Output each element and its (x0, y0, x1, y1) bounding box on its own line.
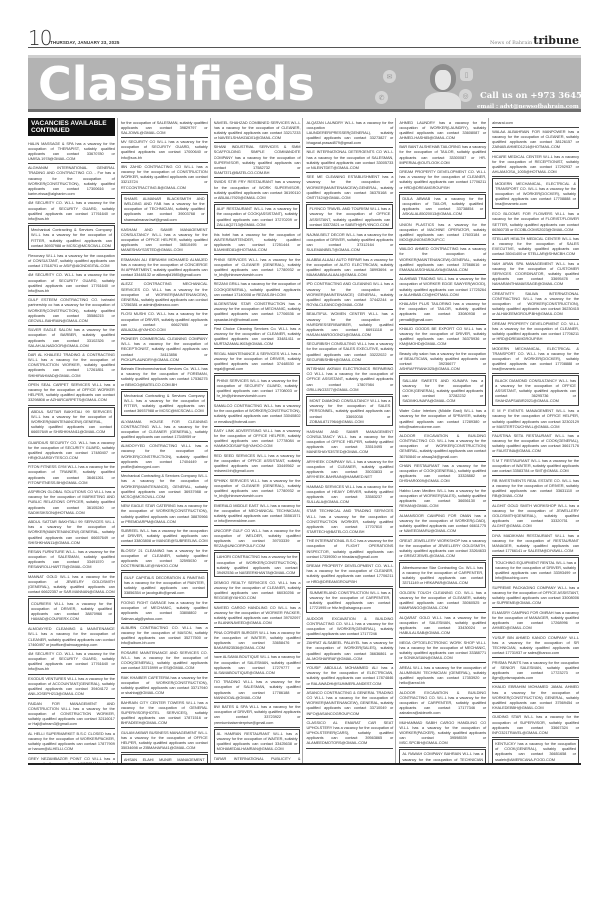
classified-ad: ALGHANIM INTERNATIONAL GENERAL TRADING A… (28, 164, 115, 199)
classified-ad: DIJLA ABWAB has a vacancy for the occupa… (399, 194, 486, 219)
classified-ad: GREAT JEWELLERY WORKSHOP has a vacancy f… (399, 536, 486, 561)
classified-ad: HICARE MEDICAL CENTER W.L.L has a vacanc… (492, 152, 579, 177)
classified-ad: BEAUTIFUL WOMEN CENTER W.L.L has a vacan… (306, 310, 393, 340)
classified-ad: MODERN MECHANICAL, ELECTRICAL & TRANSPOR… (492, 344, 579, 374)
classified-ad: ZAHRAT ALSABEEL PALAYEL has a vacancy fo… (306, 639, 393, 664)
classified-ad: SILVER EAGLE SALON has a vacancy for the… (28, 326, 115, 351)
classified-ad: SECURIBISH CONSULTING W.L.L has a vacanc… (306, 340, 393, 365)
column-5: AHMED LAUNDRY has a vacancy for the occu… (399, 118, 489, 763)
classified-ad: YUSUF BIN AHMED KANOO COMPANY W.L.L has … (492, 633, 579, 658)
classified-ad: 4M SECURITY CO. W.L.L has a vacancy for … (28, 650, 115, 675)
classified-ad: RAK KHAIBER CAFETERIA has a vacancy for … (121, 673, 208, 698)
classified-ad: UNICORP GULF CO W.L.L has a vacancy for … (214, 526, 301, 551)
classified-ad: CREATIVITY SALWA INTERNATIONAL CONTRACTI… (492, 290, 579, 320)
classified-ad: GOLDEN TOUCH CLEANING CO. W.L.L has a va… (399, 589, 486, 614)
classified-ad: BW BATES & SPA W.L.L has a vacancy for t… (214, 703, 301, 728)
classified-ad: MV SECURITY CO W.L.L has a vacancy for t… (121, 138, 208, 163)
classified-ad: 4M SECURITY CO. W.L.L has a vacancy for … (28, 199, 115, 224)
bottom-rule (28, 763, 581, 765)
classified-ad: AHMED LAUNDRY has a vacancy for the occu… (399, 118, 486, 143)
classified-ad: REGAL MAINTENANCE & SERVICES W.L.L has a… (214, 349, 301, 374)
classified-ad: ABDUL SATTAR BAKHTALI 99 SERVICES W.L.L … (28, 518, 115, 548)
classified-ad: RESAN FURNITURE W.L.L. has a vacancy for… (28, 548, 115, 573)
classified-ad: ALQATAN LAUNDRY W.L.L has a vacancy for … (306, 118, 393, 148)
classified-ad: ALDOOR EXCAVATION & BUILDING CONTRACTING… (399, 432, 486, 462)
classified-ad: Mechanical Contracting & Services Compan… (28, 225, 115, 250)
classified-ad: RB INVESTMENTS REAL ESTATE CO. W.L.L has… (492, 476, 579, 501)
classified-ad: MANNAT GOLD W.L.L has a vacancy for the … (28, 573, 115, 598)
page-date: THURSDAY, JANUARY 23, 2025 (50, 40, 119, 45)
classified-ad: DREAM PROPERTY DEVELOPMENT CO. W.L.L has… (492, 320, 579, 345)
classified-ad: NEW EAGLE STAR CATERING has a vacancy fo… (121, 502, 208, 527)
classified-ad: KHALASH PLUS TAILORING has a vacancy for… (399, 300, 486, 325)
classified-ad: have ALSAMA BOUTIQUE W.L.L has a vacancy… (214, 653, 301, 678)
classified-ad: GUARDIUS SECURITY CO. W.L.L has a vacanc… (28, 438, 115, 463)
classified-ad: Mechanical Contracting & Services Compan… (121, 391, 208, 416)
classified-ad: KENTUCKY has a vacancy for the occupatio… (492, 739, 579, 763)
classified-ad: STAR TECHNICAL AND TRADING SERVICES W.L.… (306, 507, 393, 537)
classified-ad: DREAM PROPERTY DEVELOPMENT CO. W.L.L has… (306, 562, 393, 587)
classified-ad: ALYAMAMA HOUSE FOR CLEANING CONTRACTING … (121, 417, 208, 442)
classified-ad: AL HAMRAN RESTAURANT W.L.L has a vacancy… (214, 729, 301, 754)
classified-ad: GREY NEZAMBAZOR POINT CO W.L.L has a vac… (28, 754, 115, 763)
classified-ad: SHAMS ALMANAR BLACKSMITH AND WELDING AND… (121, 194, 208, 224)
classified-ad: almarai.com (492, 118, 579, 128)
classified-ad: Water Color Interiors (Middle East) W.L.… (399, 407, 486, 432)
column-6: almarai.comWALAA ALBAHRAIN FOR MANPOWER … (492, 118, 581, 763)
brand-prefix: News of Bahrain (490, 40, 532, 46)
classified-ad: INTISHAM AKRAM ELECTRONICS REPAIRING CO … (306, 365, 393, 395)
classified-ad: ALEZZ CONTRACTING MECHANICAL SERVICES CO… (121, 280, 208, 310)
classified-ad: SIHANI INDUSTRIAL SERVICES & SMM SCAFFOL… (214, 143, 301, 178)
classified-ad: ALIF RESTAURANT W.L.L has a vacancy for … (214, 204, 301, 229)
classified-ad: OPEN SEAL CARPET SERVICES W.L.L has a va… (28, 381, 115, 406)
classified-ad: E M P EVENTS MANAGEMENT W.L.L has a vaca… (492, 407, 579, 432)
classified-ad: PINA CORNER BURGER W.L.L has a vacancy f… (214, 628, 301, 653)
classified-ad: UNION PLASTICS has a vacancy for the occ… (399, 220, 486, 245)
classified-ad: AUDOOR EXCAVATION & BUILDING CONTRACTING… (306, 614, 393, 639)
classified-ad: ALABBA ALAALI AUTO REPAIR has a vacancy … (306, 255, 393, 280)
classified-ad: CLASSICO AL EMARAT CAR SEAT UPHOLSTERY h… (306, 719, 393, 749)
classified-ad: IBN ZAHID CONTRACTING CO W.L.L has a vac… (121, 163, 208, 193)
column-4: ALQATAN LAUNDRY W.L.L has a vacancy for … (306, 118, 396, 763)
classified-ad: DIYA MADIKHAN RESTAURANT W.L.L has a vac… (492, 531, 579, 556)
classified-ad: EMERALD MIDDLE EAST W.L.L has a vacancy … (214, 501, 301, 526)
masthead: 10 THURSDAY, JANUARY 23, 2025 News of Ba… (28, 28, 581, 48)
classified-ad: PHINX SERVICES W.L.L has a vacancy for t… (214, 255, 301, 280)
classified-ad: TARAR INTERNATIONAL PUBLICITY & ADVERTIS… (214, 755, 301, 763)
classified-ad: ESMAHAN ALI EBRAHIM MOHAMED ALMAJED has … (121, 255, 208, 280)
classified-ad: ALDOOR EXCAVATION & BUILDING CONTRACTING… (399, 688, 486, 718)
banner-title: Classifieds (38, 55, 315, 112)
classified-ad: PHINX SERVICES W.L.L has a vacancy for t… (214, 375, 301, 400)
classified-ad: SUPREME PACKAGING COMPANY W.L.L has a va… (492, 583, 579, 608)
classified-ad: Mechanical Contracting & Services Compan… (121, 472, 208, 502)
classified-ad: FAUSTINA SETA RESTAURANT W.L.L has a vac… (492, 432, 579, 457)
classified-ad: Bahrain Electromechanical Services Co. W… (121, 365, 208, 390)
classified-ad: IPD CONTRACTING AND CLEANING W.L.L has a… (306, 280, 393, 310)
call-line: Call us on +973 36458394 (480, 91, 581, 101)
brand-name: tribune (533, 34, 579, 47)
classified-ad: LAHORI CONTRACTING has a vacancy for the… (214, 552, 301, 577)
classified-ad: GULF ESTEEM CONTRACTING CO. bahraini par… (28, 296, 115, 326)
classified-ad: KHALID GOODS BE EXPORT CO W.L.L has a va… (399, 325, 486, 350)
classified-ad: ALMANSOOR CAMPING FOR OMAN has a vacancy… (399, 511, 486, 536)
classified-ad: EASY LINK ADVERTISING W.L.L has a vacanc… (214, 427, 301, 452)
classified-ad: HAMMAD SERVICES W.L.L has a vacancy for … (306, 482, 393, 507)
classified-ad: SPHINX SERVICES W.L.L has a vacancy for … (214, 476, 301, 501)
classified-ad: SUMMERLAND CONSTRUCTION W.L.L has a vaca… (306, 588, 393, 613)
classified-ad: FLYINCO TRAVEL AND TOURISM W.L.L has a v… (306, 204, 393, 229)
classified-ad: ALQARAT GOLD W.L.L has a vacancy for the… (399, 613, 486, 638)
classified-ad: FOONG FIGHT GARAGE has a vacancy for the… (121, 599, 208, 624)
classified-ad: DREAM PROPERTY DEVELOPMENT CO. W.L.L has… (399, 168, 486, 193)
classified-ad: ARYHEEK COMPANY W.L.L has a vacancy for … (306, 457, 393, 482)
classified-ad: Habbo Lean Meditex W.L.L has a vacancy f… (399, 487, 486, 512)
classified-ad: KHALID EBRAHIM MOHAMED JAMAL AHMED has a… (492, 683, 579, 713)
classified-ad: DAR AL KHALEEJ TRADING & CONTRACTING W.L… (28, 351, 115, 381)
classified-ad: First Choice Cleaning Services Co. W.L.L… (214, 325, 301, 350)
classified-ad: COURIERX W.L.L has a vacancy for the occ… (28, 598, 115, 623)
classified-ad: BAR BANT ALSHEHAB TAILORING has a vacanc… (399, 143, 486, 168)
classified-ad: NAH ARAN SPA MANAGEMENT W.L.L has a vaca… (492, 260, 579, 290)
classified-ad: for the occupation of SALESMAN, suitably… (121, 118, 208, 138)
classified-ad: ASANCO CONTRACTING & GENERAL TRADING CO … (306, 689, 393, 719)
woman-illustration (413, 58, 473, 112)
classified-ad: FLOSI MUSHI CO. W.L.L has a vacancy for … (121, 310, 208, 335)
classified-ad: PIONEER COMMERCIAL CLEANING COMPANY W.L.… (121, 335, 208, 365)
classified-ad: Beauty city salon has a vacancy for the … (399, 349, 486, 374)
classified-ad: ASPIRION GLOBAL SOLUTIONS CO W.L.L has a… (28, 488, 115, 518)
classified-ad: WALDO AHMED CONTRACTING has a vacancy fo… (399, 245, 486, 275)
classified-ad: AL RAWAH COMPANY BAHRAIN W.L.L has a vac… (399, 749, 486, 763)
classified-ad: 4M SECURITY CO. W.L.L has a vacancy for … (28, 271, 115, 296)
classified-ad: NAJMA BELT DECOR W.L.L has a vacancy for… (306, 230, 393, 255)
classified-ad: this hotel has a vacancy for the occupat… (214, 230, 301, 255)
phone-icon: ✆ (375, 91, 388, 104)
classified-ad: HASHAM AND SAMIR MANAGEMENT CONSULTANCY … (306, 427, 393, 457)
classified-ad: CHAIN RESTAURANT has a vacancy for the o… (399, 462, 486, 487)
classified-ad: ABDUL SATTAR BAKHTALI 99 SERVICES W.L.L … (28, 407, 115, 437)
classified-ad: THE INTERNATIONAL B.S.C has a vacancy fo… (306, 537, 393, 562)
classified-ad: SALLAM SWEETS AND KUNAFA has a vacancy f… (399, 375, 486, 405)
classified-ad: ROSAIRE MAINTENANCE AND SERVICES CO. W.L… (121, 648, 208, 673)
classified-ad: TOUCHING EQUIPMENT RENTAL W.L.L has a va… (492, 557, 579, 582)
classified-ad: Flexonary W.L.L has a vacancy for the oc… (28, 251, 115, 271)
classified-ad: GULF CAPITALS DECORATION & PAINTING has … (121, 572, 208, 597)
classified-ad: SEE ME CLEANING ESTABLISHMENT has a vaca… (306, 173, 393, 203)
classified-ad: ALGHIT GOLD SMITH WORKSHOP W.L.L has a v… (492, 501, 579, 531)
classified-ad: AREAL W.L.L has a vacancy for the occupa… (399, 663, 486, 688)
mobile-icon: ▯ (460, 68, 473, 81)
email-line: email : advt@newsofbahrain.com (477, 104, 579, 110)
classified-ad: MODERN MECHANICAL, ELECTRICAL & TRANSPOR… (492, 178, 579, 208)
classified-ad: DEMIGO REALTY SERVICES CO. W.L.L has a v… (214, 578, 301, 603)
classified-ad: FITON FITNESS GYM W.L.L has a vacancy fo… (28, 463, 115, 488)
classified-ad: AL HELLI SUPERMARKET B.S.C CLOSED has a … (28, 729, 115, 754)
classified-ad: GULAM AKBAR BUSINESS MANAGEMENT W.L.L ha… (121, 728, 208, 753)
classified-ad: BLACK DIAMOND CONSULTANCY W.L.L has a va… (492, 375, 579, 405)
classified-ad: RED SEED SERVICES W.L.L has a vacancy fo… (214, 451, 301, 476)
classified-ad: ELMASRY CAMPING FOR OMRAH has a vacancy … (492, 608, 579, 633)
classified-ad: EXODUS VENTURES W.L.L has a vacancy for … (28, 675, 115, 700)
classified-ad: YOUSIF ABDULLA MOHAMMED ALI has a vacanc… (306, 664, 393, 689)
page-number: 10 (28, 26, 51, 50)
classified-ad: BLOSSY 21 CLEANING has a vacancy for the… (121, 546, 208, 571)
globe-icon: ◎ (459, 89, 472, 102)
column-3: NAVEEL SHAHZAD COMBINED SERVICES W.L.L h… (214, 118, 304, 763)
classified-ad: MONT DIAMOND CONSULTANCY W.L.L has a vac… (306, 396, 393, 426)
classified-ad: SAMALCO CONTRACTING W.L.L has a vacancy … (214, 402, 301, 427)
classified-ad: ALAHBAB TRADING W.L.L has a vacancy for … (399, 275, 486, 300)
classified-ad: KASHAM AND SAMIR MANAGEMENT CONSULTANCY … (121, 225, 208, 255)
classified-ad: FAIDAN FOR MANAGEMENT AND CONSTRUCTION W… (28, 699, 115, 729)
classified-ad: TIO TRADING W.L.L has a vacancy for the … (214, 678, 301, 703)
classified-ad: ALMOAYYED CLEANING & MAINTENANCE W.L.L h… (28, 625, 115, 650)
column-1: VACANCIES AVAILABLE CONTINUED HALIN MASS… (28, 118, 118, 763)
classified-ad: HALIN MASSAGE & SPA has a vacancy for th… (28, 139, 115, 164)
classified-ad: BAHRAIN CITY CENTER TOWERS W.L.L has a v… (121, 698, 208, 728)
section-heading: VACANCIES AVAILABLE CONTINUED (28, 118, 115, 136)
classified-ad: NAVEED CARGO HANDLING CO W.L.L has a vac… (214, 603, 301, 628)
classified-columns: VACANCIES AVAILABLE CONTINUED HALIN MASS… (28, 118, 581, 763)
classified-ad: Albertsonsrose Star Contracting Co. W.L.… (399, 562, 486, 587)
classified-ad: SUBREEL W.L.L has a vacancy for the occu… (121, 527, 208, 547)
classified-ad: NAVEEL SHAHZAD COMBINED SERVICES W.L.L h… (214, 118, 301, 143)
classified-ad: ALDENSTANI STAR CONSTRUCTION has a vacan… (214, 300, 301, 325)
classified-ad: GUIDING STAR W.L.L has a vacancy for the… (492, 713, 579, 738)
classifieds-banner: Classifieds ✉ ✆ ▯ ◎ Call us on +973 3645… (28, 55, 581, 112)
classified-ad: REZANI GRILL has a vacancy for the occup… (214, 280, 301, 300)
classified-ad: MEGA OPTOELECTRONIC WORK SHOP W.L.L has … (399, 638, 486, 663)
brand-logo: News of Bahraintribune (490, 34, 579, 47)
classified-ad: MUHAMMAD SABIH CARGO HANDLING CO W.L.L h… (399, 718, 486, 748)
classified-ad: AHSAN ELAHI MUNIR MANAGEMENT CONSULTANCY… (121, 754, 208, 763)
envelope-icon: ✉ (383, 70, 396, 83)
column-2: for the occupation of SALESMAN, suitably… (121, 118, 211, 763)
classified-ad: WALAA ALBAHRAIN FOR MANPOWER has a vacan… (492, 128, 579, 153)
classified-ad: ALMOOYYED CONTRACTING W.L.L has a vacanc… (121, 442, 208, 472)
classified-ad: S M T RESTAURANT W.L.L has a vacancy for… (492, 457, 579, 477)
classified-ad: PRISMA PAINTS has a vacancy for the occu… (492, 658, 579, 683)
classified-ad: ECO BLOOMS FOR FLOWERS W.L.L has a vacan… (492, 210, 579, 235)
classified-ad: NILE INTERNATIONAL DETERGENTS CO W.L.L h… (306, 148, 393, 173)
classified-ad: STELLAR HEALTH MEDICAL CENTER W.L.L has … (492, 235, 579, 260)
classified-ad: SWIDS STIR FRY RESTAURANT has a vacancy … (214, 178, 301, 203)
classified-ad: ALBURN CONTRACTING CO. W.L.L has a vacan… (121, 624, 208, 649)
